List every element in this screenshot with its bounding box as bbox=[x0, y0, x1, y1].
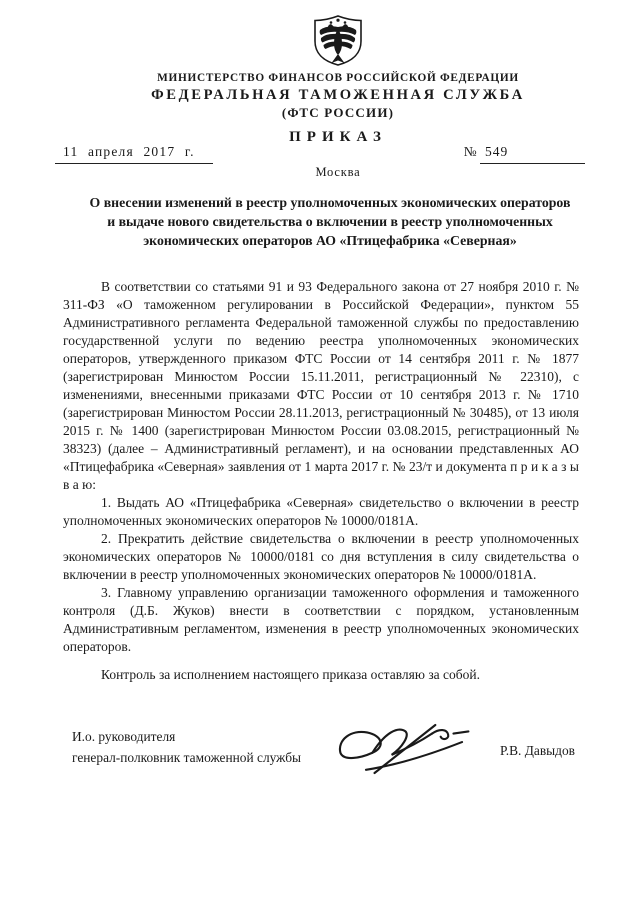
agency-short-line: (ФТС РОССИИ) bbox=[36, 105, 640, 121]
ministry-line: МИНИСТЕРСТВО ФИНАНСОВ РОССИЙСКОЙ ФЕДЕРАЦ… bbox=[36, 72, 640, 84]
city-line: Москва bbox=[0, 165, 640, 180]
document-number-value: 549 bbox=[480, 144, 585, 164]
document-header: МИНИСТЕРСТВО ФИНАНСОВ РОССИЙСКОЙ ФЕДЕРАЦ… bbox=[0, 13, 640, 146]
paragraph-item-2: 2. Прекратить действие свидетельства о в… bbox=[63, 530, 579, 584]
number-sign: № bbox=[464, 144, 477, 159]
paragraph-item-1: 1. Выдать АО «Птицефабрика «Северная» св… bbox=[63, 494, 579, 530]
title-line: и выдаче нового свидетельства о включени… bbox=[20, 212, 640, 231]
document-date: 11 апреля 2017 г. bbox=[55, 144, 213, 164]
paragraph-item-3: 3. Главному управлению организации тамож… bbox=[63, 584, 579, 656]
title-line: экономических операторов АО «Птицефабрик… bbox=[20, 231, 640, 250]
title-line: О внесении изменений в реестр уполномоче… bbox=[20, 193, 640, 212]
paragraph-intro: В соответствии со статьями 91 и 93 Федер… bbox=[63, 278, 579, 494]
paragraph-control: Контроль за исполнением настоящего прика… bbox=[63, 666, 579, 684]
coat-of-arms-icon bbox=[310, 13, 366, 67]
document-body: В соответствии со статьями 91 и 93 Федер… bbox=[63, 278, 579, 684]
handwritten-signature-icon bbox=[334, 718, 494, 780]
signature-block: И.о. руководителя генерал-полковник тамо… bbox=[72, 726, 595, 786]
signer-name: Р.В. Давыдов bbox=[500, 743, 575, 759]
date-number-row: 11 апреля 2017 г. № 549 bbox=[55, 144, 585, 164]
document-number: № 549 bbox=[464, 144, 585, 164]
document-page: МИНИСТЕРСТВО ФИНАНСОВ РОССИЙСКОЙ ФЕДЕРАЦ… bbox=[0, 0, 640, 905]
document-title: О внесении изменений в реестр уполномоче… bbox=[20, 193, 640, 250]
agency-line: ФЕДЕРАЛЬНАЯ ТАМОЖЕННАЯ СЛУЖБА bbox=[36, 87, 640, 104]
